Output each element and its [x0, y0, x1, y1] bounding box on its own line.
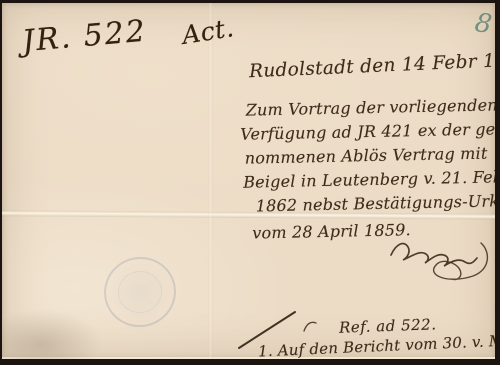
body-line: 1862 nebst Bestätigungs-Urkunde — [255, 189, 495, 218]
round-ink-stamp — [97, 249, 184, 334]
letter-paper: JR. 522 Act. 8 Rudolstadt den 14 Febr 18… — [2, 3, 495, 359]
signature-flourish — [385, 229, 495, 281]
dateline: Rudolstadt den 14 Febr 1888. — [249, 49, 495, 83]
act-abbreviation-mark: Act. — [180, 13, 236, 50]
photo-frame: JR. 522 Act. 8 Rudolstadt den 14 Febr 18… — [0, 0, 500, 365]
fold-crease-vertical — [208, 3, 213, 359]
pen-slash-mark — [237, 309, 297, 351]
footer-reference: Ref. ad 522. — [339, 315, 437, 336]
letter-body: Zum Vortrag der vorliegenden infolge Ver… — [239, 93, 495, 245]
insertion-caret-mark — [302, 319, 318, 333]
corner-page-number: 8 — [473, 8, 495, 40]
round-ink-stamp-inner-ring — [114, 266, 167, 317]
file-reference-number: JR. 522 — [21, 14, 149, 60]
